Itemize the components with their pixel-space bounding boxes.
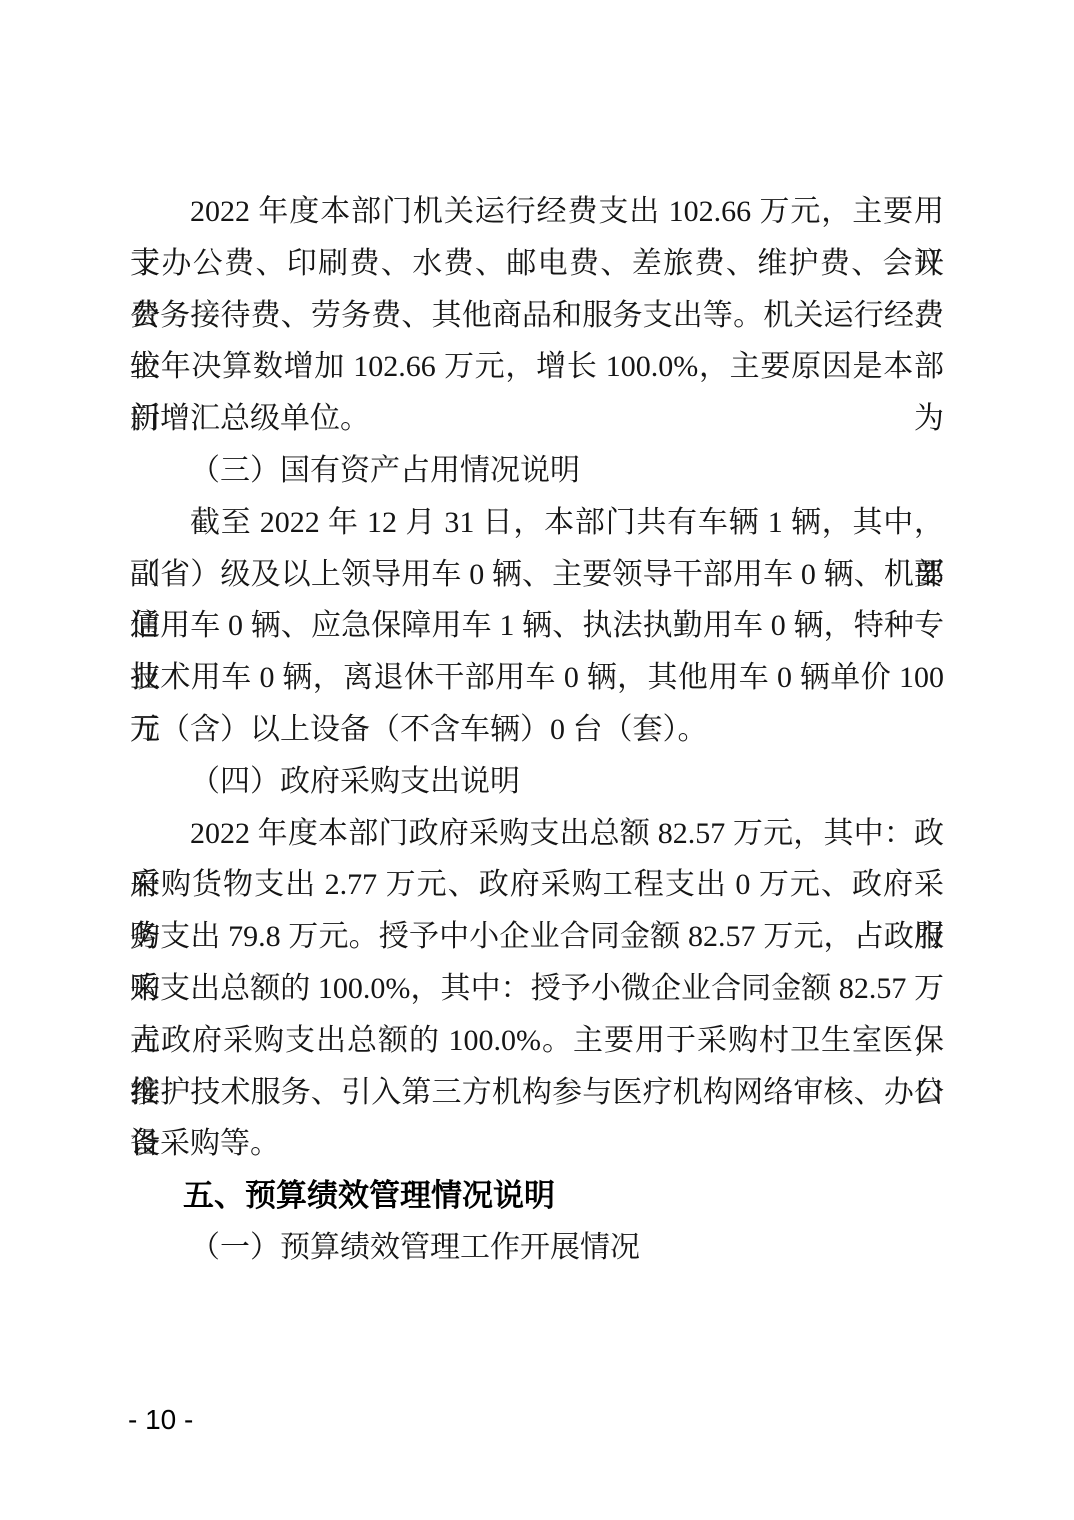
paragraph-line: 信用车 0 辆、应急保障用车 1 辆、执法执勤用车 0 辆，特种专业 xyxy=(130,600,944,652)
subsection-heading: （一）预算绩效管理工作开展情况 xyxy=(130,1222,944,1274)
paragraph-line: 技术用车 0 辆，离退休干部用车 0 辆，其他用车 0 辆单价 100 万 xyxy=(130,652,944,704)
paragraph-line: 购支出总额的 100.0%，其中：授予小微企业合同金额 82.57 万元， xyxy=(130,963,944,1015)
paragraph-line: 务支出 79.8 万元。授予中小企业合同金额 82.57 万元，占政府采 xyxy=(130,911,944,963)
paragraph-line: （省）级及以上领导用车 0 辆、主要领导干部用车 0 辆、机要通 xyxy=(130,549,944,601)
paragraph-line: 备采购等。 xyxy=(130,1118,944,1170)
page-body: 2022 年度本部门机关运行经费支出 102.66 万元，主要用于开 支办公费、… xyxy=(130,186,944,1274)
paragraph-line: 维护技术服务、引入第三方机构参与医疗机构网络审核、办公设 xyxy=(130,1067,944,1119)
subsection-heading: （四）政府采购支出说明 xyxy=(130,756,944,808)
section-heading: 五、预算绩效管理情况说明 xyxy=(130,1170,944,1222)
footer-page-number: - 10 - xyxy=(128,1404,193,1436)
paragraph-line: 2022 年度本部门机关运行经费支出 102.66 万元，主要用于开 xyxy=(130,186,944,238)
paragraph-line: 截至 2022 年 12 月 31 日，本部门共有车辆 1 辆，其中，副部 xyxy=(130,497,944,549)
paragraph-line: 占政府采购支出总额的 100.0%。主要用于采购村卫生室医保接口 xyxy=(130,1015,944,1067)
subsection-heading: （三）国有资产占用情况说明 xyxy=(130,445,944,497)
paragraph-line: 采购货物支出 2.77 万元、政府采购工程支出 0 万元、政府采购服 xyxy=(130,859,944,911)
paragraph-line: 上年决算数增加 102.66 万元，增长 100.0%，主要原因是本部门为 xyxy=(130,341,944,393)
paragraph-line: 支办公费、印刷费、水费、邮电费、差旅费、维护费、会议费、 xyxy=(130,238,944,290)
paragraph-line: 元（含）以上设备（不含车辆）0 台（套）。 xyxy=(130,704,944,756)
paragraph-line: 2022 年度本部门政府采购支出总额 82.57 万元，其中：政府 xyxy=(130,808,944,860)
document-page: 2022 年度本部门机关运行经费支出 102.66 万元，主要用于开 支办公费、… xyxy=(0,0,1074,1520)
paragraph-line: 公务接待费、劳务费、其他商品和服务支出等。机关运行经费较 xyxy=(130,290,944,342)
